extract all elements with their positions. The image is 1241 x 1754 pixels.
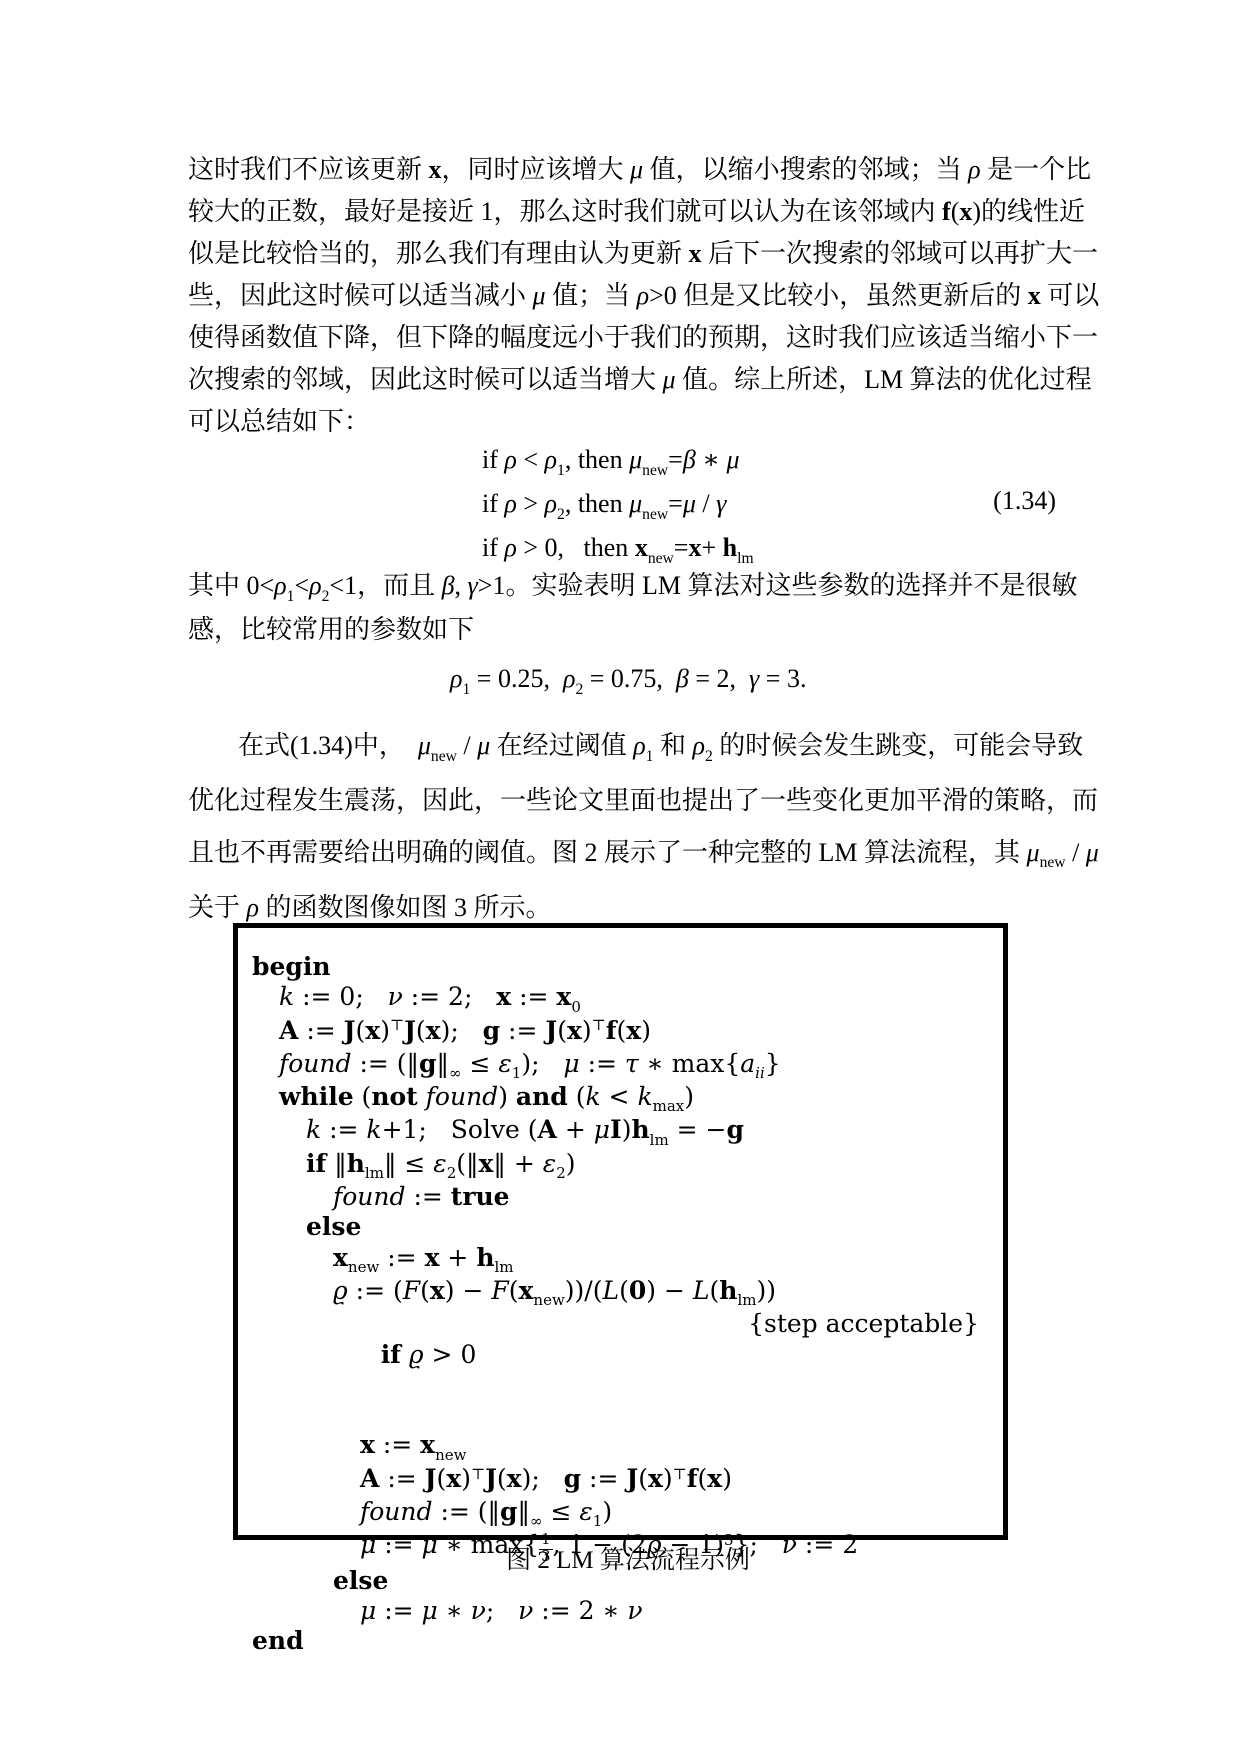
parameters-formula: ρ1 = 0.25, ρ2 = 0.75, β = 2, γ = 3. bbox=[188, 658, 1068, 704]
equation-number: (1.34) bbox=[993, 488, 1056, 514]
pseudocode-line: ϱ := (F(x) − F(xnew))/(L(0) − L(hlm)) bbox=[252, 1276, 991, 1309]
text-line: 且也不再需要给出明确的阈值。图 2 展示了一种完整的 LM 算法流程，其 μne… bbox=[188, 827, 1068, 882]
pseudocode-line: x := xnew bbox=[252, 1430, 991, 1463]
text-line: 使得函数值下降，但下降的幅度远小于我们的预期，这时我们应该适当缩小下一 bbox=[188, 317, 1068, 359]
pseudocode-line: found := (‖g‖∞ ≤ ε1); μ := τ ∗ max{aii} bbox=[252, 1049, 991, 1082]
pseudocode-line: k := 0; ν := 2; x := x0 bbox=[252, 982, 991, 1015]
body-paragraph-1: 这时我们不应该更新 x，同时应该增大 μ 值，以缩小搜索的邻域；当 ρ 是一个比… bbox=[188, 149, 1068, 443]
text-line: 感，比较常用的参数如下 bbox=[188, 610, 1068, 650]
text-line: 在式(1.34)中， μnew / μ 在经过阈值 ρ1 和 ρ2 的时候会发生… bbox=[188, 720, 1068, 775]
document-page: 这时我们不应该更新 x，同时应该增大 μ 值，以缩小搜索的邻域；当 ρ 是一个比… bbox=[0, 0, 1241, 1754]
pseudocode-line: xnew := x + hlm bbox=[252, 1243, 991, 1276]
pseudocode-line: end bbox=[252, 1626, 991, 1656]
pseudocode-condition: if ϱ > 0 bbox=[381, 1340, 477, 1369]
pseudocode-line: A := J(x)⊤J(x); g := J(x)⊤f(x) bbox=[252, 1464, 991, 1497]
text-line: 这时我们不应该更新 x，同时应该增大 μ 值，以缩小搜索的邻域；当 ρ 是一个比 bbox=[188, 149, 1068, 191]
equation-line: if ρ > ρ2, then μnew=μ / γ bbox=[482, 484, 1050, 528]
text-line: 次搜索的邻域，因此这时候可以适当增大 μ 值。综上所述，LM 算法的优化过程 bbox=[188, 359, 1068, 401]
pseudocode-line: if ‖hlm‖ ≤ ε2(‖x‖ + ε2) bbox=[252, 1149, 991, 1182]
body-paragraph-3: 在式(1.34)中， μnew / μ 在经过阈值 ρ1 和 ρ2 的时候会发生… bbox=[188, 720, 1068, 933]
pseudocode-line: if ϱ > 0 {step acceptable} bbox=[252, 1309, 991, 1430]
equation-lines: if ρ < ρ1, then μnew=β ∗ μ if ρ > ρ2, th… bbox=[482, 440, 1050, 572]
figure-caption: 图 2 LM 算法流程示例 bbox=[188, 1546, 1068, 1576]
text-line: 可以总结如下： bbox=[188, 401, 1068, 443]
pseudocode-line: found := true bbox=[252, 1182, 991, 1212]
text-line: 优化过程发生震荡，因此，一些论文里面也提出了一些变化更加平滑的策略，而 bbox=[188, 775, 1068, 826]
pseudocode-line: begin bbox=[252, 952, 991, 982]
text-line: 较大的正数，最好是接近 1，那么这时我们就可以认为在该邻域内 f(x)的线性近 bbox=[188, 191, 1068, 233]
pseudocode-line: found := (‖g‖∞ ≤ ε1) bbox=[252, 1497, 991, 1530]
pseudocode-line: μ := μ ∗ ν; ν := 2 ∗ ν bbox=[252, 1596, 991, 1626]
equation-1-34: if ρ < ρ1, then μnew=β ∗ μ if ρ > ρ2, th… bbox=[188, 440, 1050, 562]
pseudocode-line: A := J(x)⊤J(x); g := J(x)⊤f(x) bbox=[252, 1016, 991, 1049]
text-line: 其中 0<ρ1<ρ2<1，而且 β, γ>1。实验表明 LM 算法对这些参数的选… bbox=[188, 566, 1068, 610]
pseudocode-line: k := k+1; Solve (A + μI)hlm = −g bbox=[252, 1115, 991, 1148]
formula-line: ρ1 = 0.25, ρ2 = 0.75, β = 2, γ = 3. bbox=[188, 658, 1068, 704]
pseudocode-line: else bbox=[252, 1212, 991, 1242]
step-acceptable-note: {step acceptable} bbox=[748, 1309, 979, 1339]
algorithm-figure-box: begin k := 0; ν := 2; x := x0 A := J(x)⊤… bbox=[233, 923, 1008, 1540]
text-line: 些，因此这时候可以适当减小 μ 值；当 ρ>0 但是又比较小，虽然更新后的 x … bbox=[188, 275, 1068, 317]
body-paragraph-2: 其中 0<ρ1<ρ2<1，而且 β, γ>1。实验表明 LM 算法对这些参数的选… bbox=[188, 566, 1068, 650]
equation-line: if ρ < ρ1, then μnew=β ∗ μ bbox=[482, 440, 1050, 484]
pseudocode-line: while (not found) and (k < kmax) bbox=[252, 1082, 991, 1115]
text-line: 似是比较恰当的，那么我们有理由认为更新 x 后下一次搜索的邻域可以再扩大一 bbox=[188, 233, 1068, 275]
